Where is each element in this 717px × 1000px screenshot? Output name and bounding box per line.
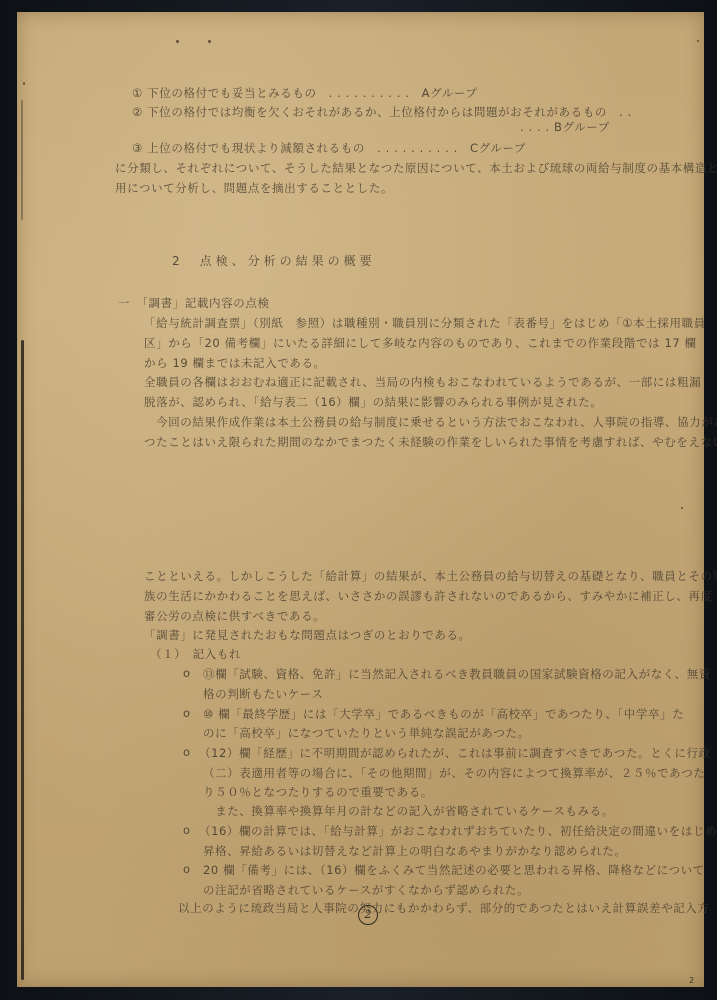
paper-speck [208,40,211,43]
paragraph-line: から 19 欄までは未記入である。 [144,355,326,371]
bullet-marker: o [183,823,191,837]
group-item-a: ① 下位の格付でも妥当とみるもの . . . . . . . . . . Aグル… [132,85,478,101]
paper-page [17,12,704,987]
paper-speck [697,40,699,42]
bullet-marker: o [183,666,191,680]
list-intro: 「調書」に発見されたおもな問題点はつぎのとおりである。 [144,627,471,643]
handwritten-page-number: 2 [358,905,378,925]
paragraph-line: 族の生活にかかわることを思えば、いささかの誤謬も許されないのであるから、すみやか… [144,588,713,604]
paragraph-line: 区」から「20 備考欄」にいたる詳細にして多岐な内容のものであり、これまでの作業… [144,335,697,351]
left-margin-score-mark [21,340,24,980]
paragraph-line: ことといえる。しかしこうした「給計算」の結果が、本土公務員の給与切替えの基礎とな… [144,568,717,584]
bullet-line: （二）表適用者等の場合に、「その他期間」が、その内容によつて換算率が、２５％であ… [203,765,705,781]
bullet-marker: o [183,706,191,720]
closing-line: 以上のように琉政当局と人事院の努力にもかかわらず、部分的であつたとはいえ計算誤差… [178,900,709,916]
bullet-line: 昇格、昇給あるいは切替えなど計算上の明白なあやまりがかなり認められた。 [203,843,627,859]
group-item-b: ② 下位の格付では均衡を欠くおそれがあるか、上位格付からは問題がおそれがあるもの… [132,104,632,120]
bullet-line: ⑬欄「試験、資格、免許」に当然記入されるべき教員職員の国家試験資格の記入がなく、… [203,666,711,682]
group-item-b-label: . . . . Bグループ [520,119,610,135]
paragraph-line: 今回の結果作成作業は本土公務員の給与制度に乗せるという方法でおこなわれ、人事院の… [144,414,717,430]
bullet-line: ⑩ 欄「最終学歴」には「大学卒」であるべきものが「高校卒」であつたり、「中学卒」… [203,706,684,722]
paper-speck [23,82,25,85]
paragraph-line: 脱落が、認められ、「給与表二（16）欄」の結果に影響のみられる事例が見された。 [144,394,602,410]
bullet-line: 格の判断もたいケース [203,686,323,702]
left-margin-score-mark [21,100,23,220]
list-label: （１） 記入もれ [150,646,241,662]
group-item-c: ③ 上位の格付でも現状より減額されるもの . . . . . . . . . .… [132,140,526,156]
paper-speck [681,507,683,509]
conclusion-line: 用について分析し、問題点を摘出することとした。 [115,180,393,196]
bullet-line: （12）欄「経歴」に不明期間が認められたが、これは事前に調査すべきであつた。とく… [199,745,711,761]
paper-speck [176,40,179,43]
corner-page-mark: 2 [689,976,694,985]
bullet-line: 20 欄「備考」には、（16）欄をふくみて当然記述の必要と思われる昇格、降格など… [203,862,705,878]
bullet-line: の注記が省略されているケースがすくなからず認められた。 [203,882,529,898]
bullet-line: り５０％となつたりするので重要である。 [203,784,433,800]
paragraph-line: つたことはいえ限られた期間のなかでまつたく未経験の作業をしいられた事情を考慮すれ… [144,434,717,450]
subsection-heading: 一 「調書」記載内容の点検 [118,295,270,311]
bullet-line: また、換算率や換算年月の計などの記入が省略されているケースもみる。 [203,803,614,819]
bullet-line: のに「高校卒」になつていたりという単純な誤記があつた。 [203,725,530,741]
bullet-marker: o [183,745,191,759]
paragraph-line: 「給与統計調査票」（別紙 参照）は職種別・職員別に分類された「表番号」をはじめ「… [144,315,706,331]
paragraph-line: 全職員の各欄はおおむね適正に記載され、当局の内検もおこなわれているようであるが、… [144,374,701,390]
conclusion-line: に分類し、それぞれについて、そうした結果となつた原因について、本土および琉球の両… [115,160,717,176]
section-heading: 2 点検、分析の結果の概要 [172,252,376,269]
paragraph-line: 審公労の点検に供すべきである。 [144,608,325,624]
bullet-line: （16）欄の計算では、「給与計算」がおこなわれずおちていたり、初任給決定の間違い… [199,823,717,839]
bullet-marker: o [183,862,191,876]
